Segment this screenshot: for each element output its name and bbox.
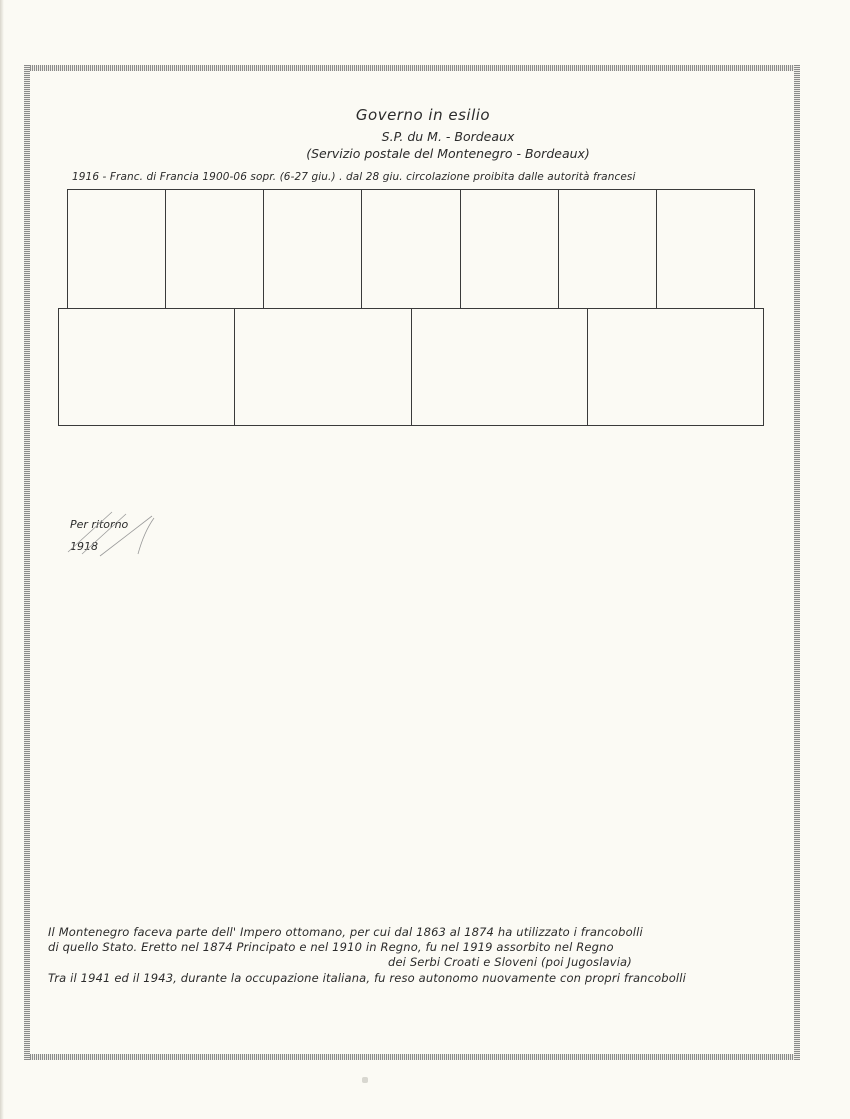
page-subtitle-expanded-text: (Servizio postale del Montenegro - Borde… <box>306 146 590 161</box>
page-title: Governo in esilio <box>0 106 850 124</box>
album-page-border-top <box>24 65 800 71</box>
stamp-row-2 <box>58 308 764 426</box>
page-title-text: Governo in esilio <box>356 106 490 124</box>
stamp-slot <box>588 309 763 425</box>
album-page-border-right <box>794 65 800 1060</box>
paper-smudge <box>362 1077 368 1083</box>
stamp-slot <box>362 190 460 308</box>
stamp-slot <box>68 190 166 308</box>
page-subtitle-expanded: (Servizio postale del Montenegro - Borde… <box>0 146 850 161</box>
page-edge-shadow <box>0 0 4 1119</box>
footer-note-line-1: Il Montenegro faceva parte dell' Impero … <box>48 925 643 939</box>
pencil-strike-marks <box>60 508 160 558</box>
stamp-slot <box>412 309 588 425</box>
page-subtitle: S.P. du M. - Bordeaux <box>0 129 850 144</box>
footer-note-line-3: dei Serbi Croati e Sloveni (poi Jugoslav… <box>388 955 632 969</box>
page-subtitle-text: S.P. du M. - Bordeaux <box>382 129 515 144</box>
album-page-border-bottom <box>24 1054 800 1060</box>
stamp-slot <box>264 190 362 308</box>
stamp-slot <box>657 190 754 308</box>
album-page-border-left <box>24 65 30 1060</box>
stamp-slot <box>461 190 559 308</box>
stamp-slot <box>166 190 264 308</box>
stamp-slot <box>59 309 235 425</box>
stamp-slot <box>559 190 657 308</box>
stamp-slot <box>235 309 411 425</box>
footer-note-line-4: Tra il 1941 ed il 1943, durante la occup… <box>48 971 686 985</box>
stamp-row-1 <box>67 189 755 309</box>
footer-note-line-2: di quello Stato. Eretto nel 1874 Princip… <box>48 940 614 954</box>
stamp-set-caption: 1916 - Franc. di Francia 1900-06 sopr. (… <box>72 171 635 183</box>
